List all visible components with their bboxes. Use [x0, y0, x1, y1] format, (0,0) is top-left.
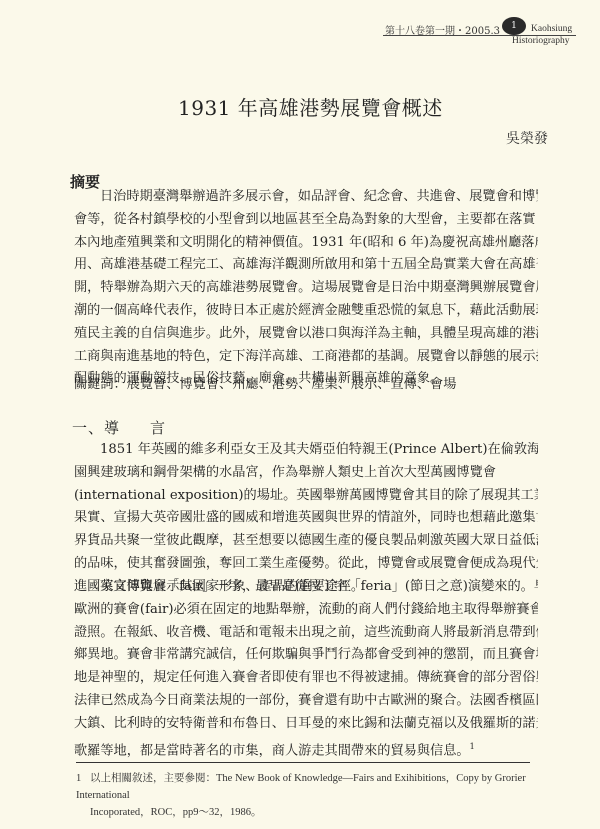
abstract-body: 日治時期臺灣舉辦過許多展示會，如品評會、紀念會、共進會、展覽會和博覽 會等，從各… — [74, 186, 538, 391]
body-line: 鄉異地。賽會非常講究誠信，任何欺騙與爭鬥行為都會受到神的懲罰，而且賽會場 — [74, 644, 538, 667]
body-line: 大鎮、比利時的安特衛普和布魯日、日耳曼的來比錫和法蘭克福以及俄羅斯的諾夫 — [74, 713, 538, 736]
section-number: 一、導 — [72, 419, 120, 437]
body-line-text: 歌羅等地，都是當時著名的市集，商人游走其間帶來的貿易與信息。 — [74, 743, 470, 758]
body-line: 證照。在報紙、收音機、電話和電報未出現之前，這些流動商人將最新消息帶到他 — [74, 622, 538, 645]
abstract-line: 殖民主義的自信與進步。此外，展覽會以港口與海洋為主軸，具體呈現高雄的港灣、 — [74, 323, 538, 346]
journal-name-line1: Kaohsiung — [531, 24, 572, 34]
intro-paragraph-1: 1851 年英國的維多利亞女王及其夫婿亞伯特親王(Prince Albert)在… — [74, 439, 538, 599]
abstract-line: 會等，從各村鎮學校的小型會到以地區甚至全島為對象的大型會，主要都在落實日 — [74, 209, 538, 232]
footnote-number: 1 — [76, 770, 90, 787]
body-line: 1851 年英國的維多利亞女王及其夫婿亞伯特親王(Prince Albert)在… — [74, 439, 538, 462]
footnote: 1以上相關敘述，主要參閱：The New Book of Knowledge—F… — [76, 770, 546, 821]
body-line: 的品味，使其奮發圖強，奪回工業生產優勢。從此，博覽會或展覽會便成為現代先 — [74, 553, 538, 576]
abstract-line: 日治時期臺灣舉辦過許多展示會，如品評會、紀念會、共進會、展覽會和博覽 — [74, 186, 538, 209]
journal-name-line2: Historiography — [512, 36, 570, 46]
body-line: 歌羅等地，都是當時著名的市集，商人游走其間帶來的貿易與信息。1 — [74, 736, 538, 763]
abstract-line: 潮的一個高峰代表作，彼時日本正處於經濟金融雙重恐慌的氣息下，藉此活動展現 — [74, 300, 538, 323]
section-title-end: 言 — [150, 419, 166, 437]
running-header: 第十八卷第一期・2005.3 1 Kaohsiung Historiograph… — [0, 0, 600, 45]
footnote-divider — [76, 762, 530, 763]
body-line: 英文博覽會「fair」一字，最早是從拉丁字「feria」(節日之意)演變來的。早… — [74, 576, 538, 599]
article-author: 吳榮發 — [506, 128, 548, 148]
body-line: 園興建玻璃和鋼骨架構的水晶宮，作為舉辦人類史上首次大型萬國博覽會 — [74, 462, 538, 485]
footnote-ref[interactable]: 1 — [470, 742, 475, 751]
abstract-line: 用、高雄港基礎工程完工、高雄海洋觀測所啟用和第十五屆全島實業大會在高雄召 — [74, 254, 538, 277]
footnote-line2: Incoporated，ROC，pp9～32，1986。 — [76, 804, 546, 821]
body-line: 法律已然成為今日商業法規的一部份，賽會還有助中古歐洲的聚合。法國香檳區四 — [74, 690, 538, 713]
abstract-line: 開，特舉辦為期六天的高雄港勢展覽會。這場展覽會是日治中期臺灣興辦展覽會風 — [74, 277, 538, 300]
body-line: (international exposition)的場址。英國舉辦萬國博覽會其… — [74, 485, 538, 508]
keywords: 關鍵詞：展覽會、博覽會、州廳、港勢、產業、展示、宣傳、會場 — [74, 373, 456, 392]
intro-paragraph-2: 英文博覽會「fair」一字，最早是從拉丁字「feria」(節日之意)演變來的。早… — [74, 576, 538, 763]
abstract-line: 工商與南進基地的特色，定下海洋高雄、工商港都的基調。展覽會以靜態的展示搭 — [74, 346, 538, 369]
footnote-line1: 以上相關敘述，主要參閱：The New Book of Knowledge—Fa… — [76, 773, 526, 801]
abstract-line: 本內地產殖興業和文明開化的精神價值。1931 年(昭和 6 年)為慶祝高雄州廳落… — [74, 232, 538, 255]
body-line: 歐洲的賽會(fair)必須在固定的地點舉辦，流動的商人們付錢給地主取得舉辦賽會的 — [74, 599, 538, 622]
body-line: 地是神聖的，規定任何進入賽會者即使有罪也不得被逮捕。傳統賽會的部分習俗與 — [74, 667, 538, 690]
section-heading-introduction: 一、導言 — [72, 417, 166, 438]
body-line: 界貨品共聚一堂彼此觀摩，甚至想要以德國生產的優良製品刺激英國大眾日益低落 — [74, 530, 538, 553]
page-number-badge: 1 — [502, 17, 526, 35]
body-line: 果實、宣揚大英帝國壯盛的國威和增進英國與世界的情誼外，同時也想藉此邀集世 — [74, 507, 538, 530]
article-title: 1931 年高雄港勢展覽會概述 — [178, 92, 443, 121]
